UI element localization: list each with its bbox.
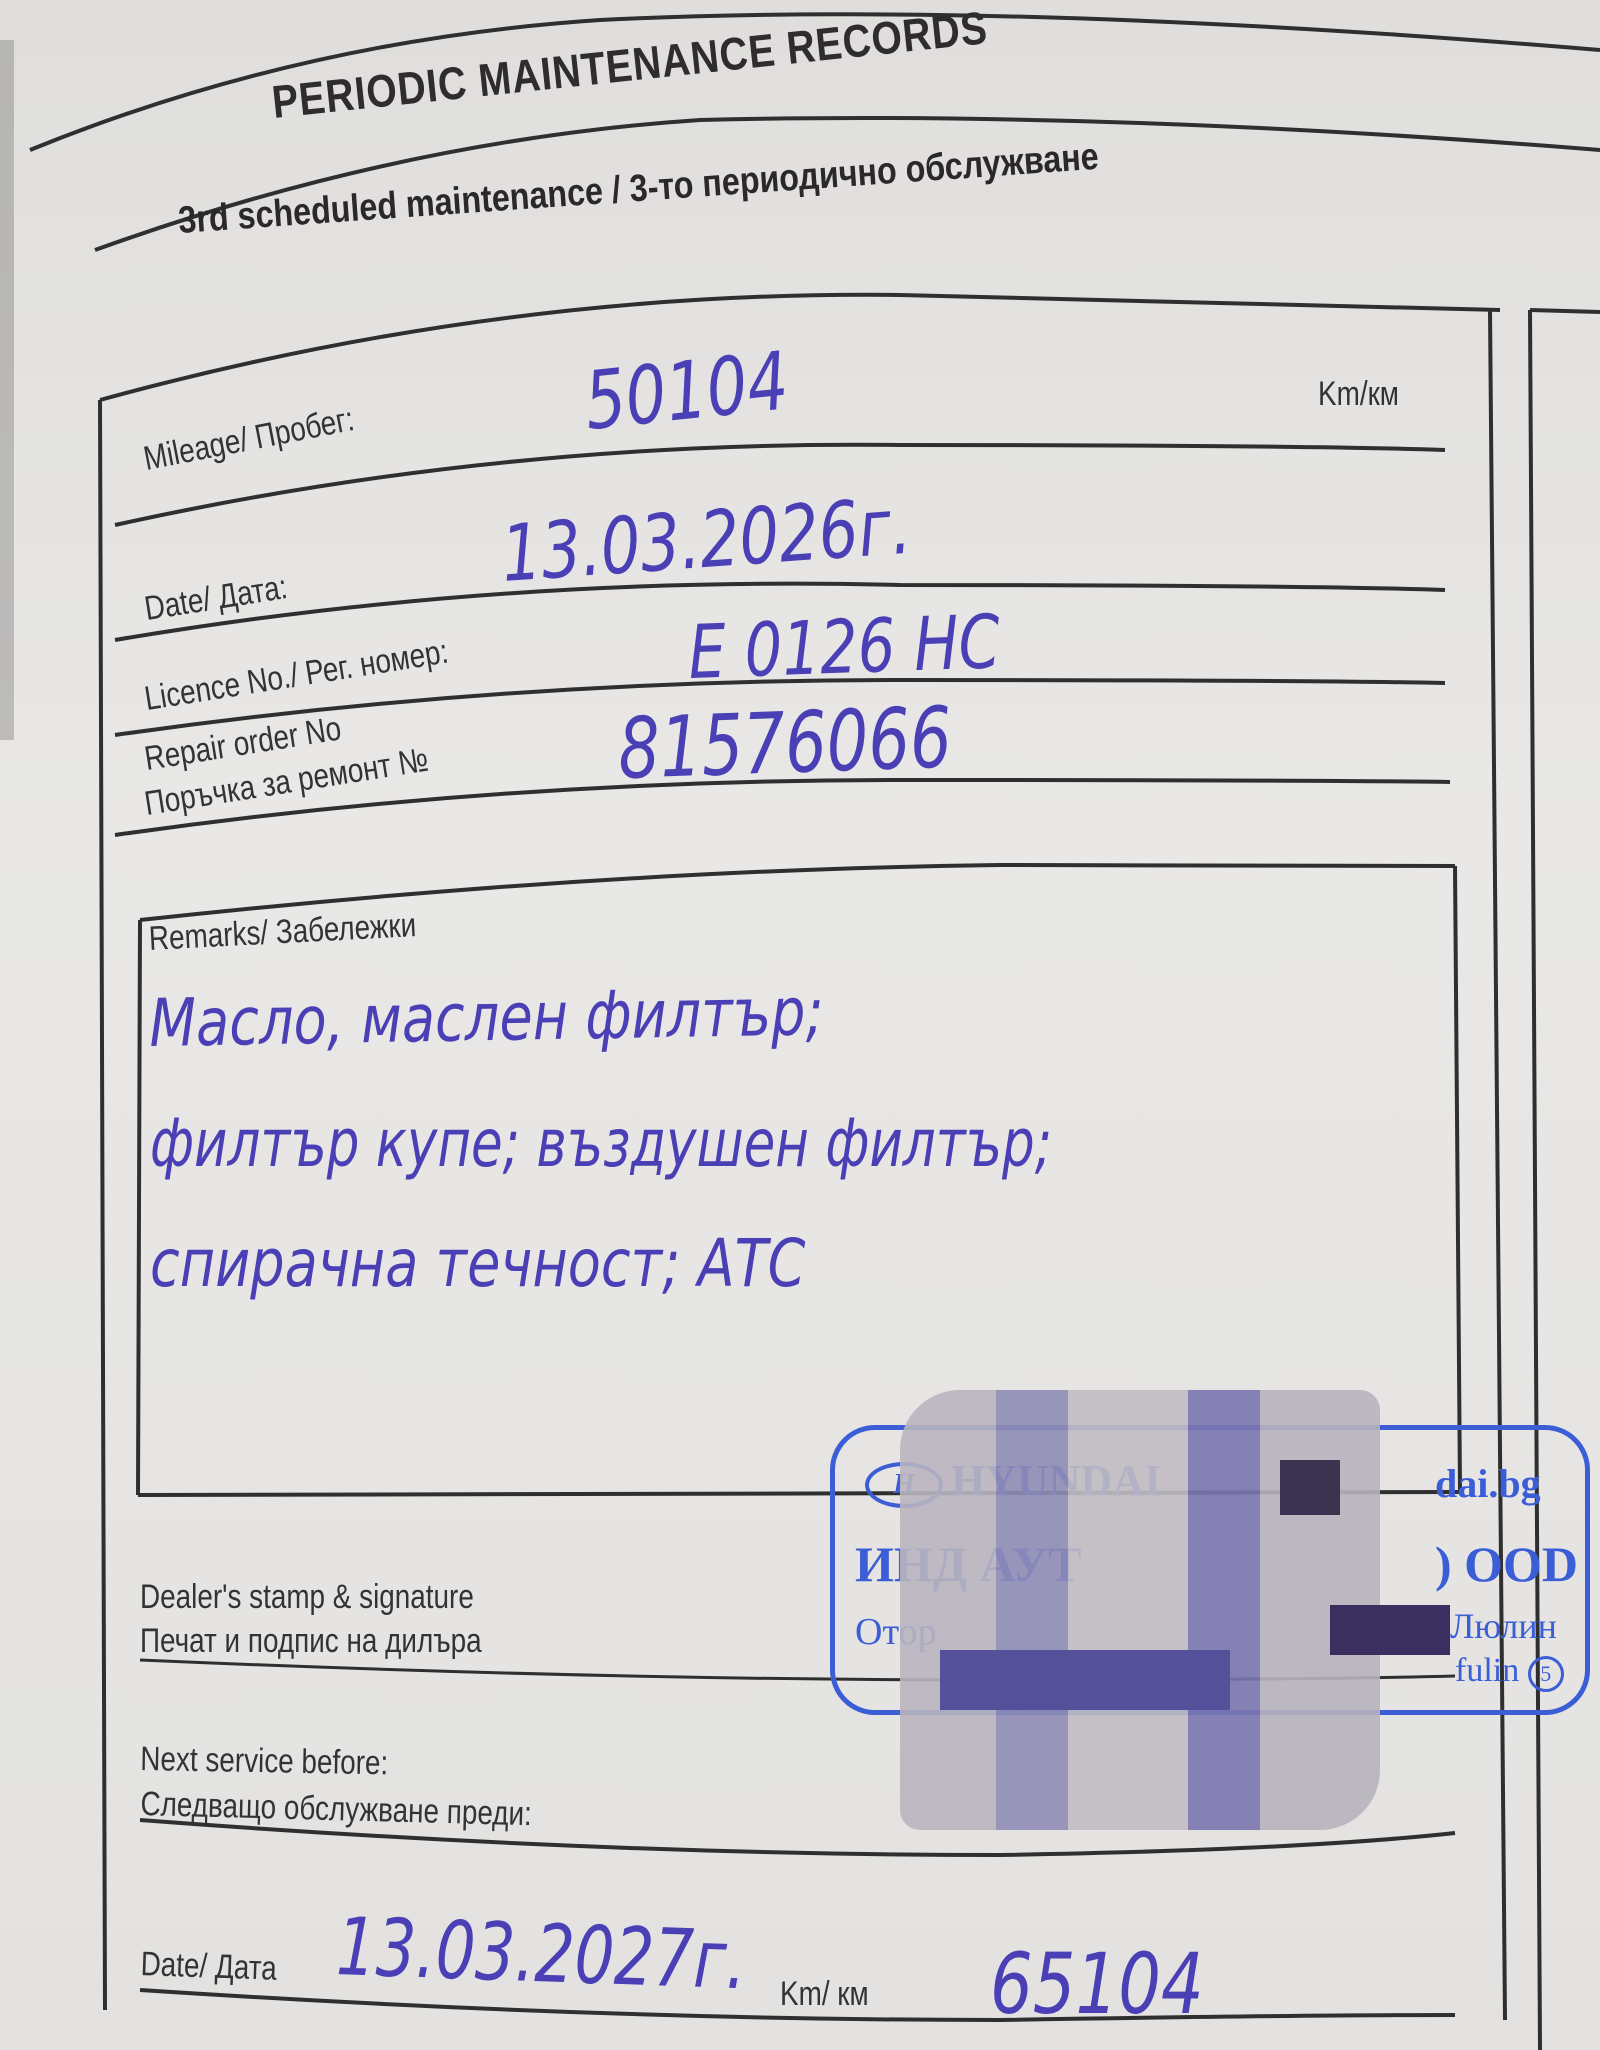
next-date-value: 13.03.2027г. <box>335 1900 748 2007</box>
repair-order-value: 81576066 <box>617 688 954 798</box>
next-km-value: 65104 <box>990 1935 1204 2033</box>
remarks-line-3: спирачна течност; АТС <box>150 1225 805 1302</box>
licence-value: Е 0126 НС <box>687 599 1001 696</box>
redacted-block <box>1280 1460 1340 1515</box>
maintenance-page: PERIODIC MAINTENANCE RECORDS 3rd schedul… <box>0 0 1600 2050</box>
next-service-label-en: Next service before: <box>140 1740 389 1783</box>
redacted-signature <box>900 1390 1380 1830</box>
stamp-line3-suffix: Люлин <box>1450 1605 1557 1647</box>
remarks-line-1: Масло, маслен филтър; <box>149 973 825 1062</box>
next-km-label: Km/ км <box>780 1975 869 2014</box>
stamp-line4: fulin 5 <box>1455 1652 1564 1692</box>
mileage-unit: Km/км <box>1318 375 1399 414</box>
dealer-label-bg: Печат и подпис на дилъра <box>140 1622 482 1661</box>
redacted-block <box>1330 1605 1450 1655</box>
dealer-label-en: Dealer's stamp & signature <box>140 1578 474 1617</box>
stamp-website: dai.bg <box>1435 1460 1541 1507</box>
redacted-block <box>940 1650 1230 1710</box>
stamp-company-suffix: ) OOD <box>1435 1535 1578 1593</box>
next-date-label: Date/ Дата <box>140 1945 277 1989</box>
remarks-line-2: филтър купе; въздушен филтър; <box>150 1105 1052 1182</box>
